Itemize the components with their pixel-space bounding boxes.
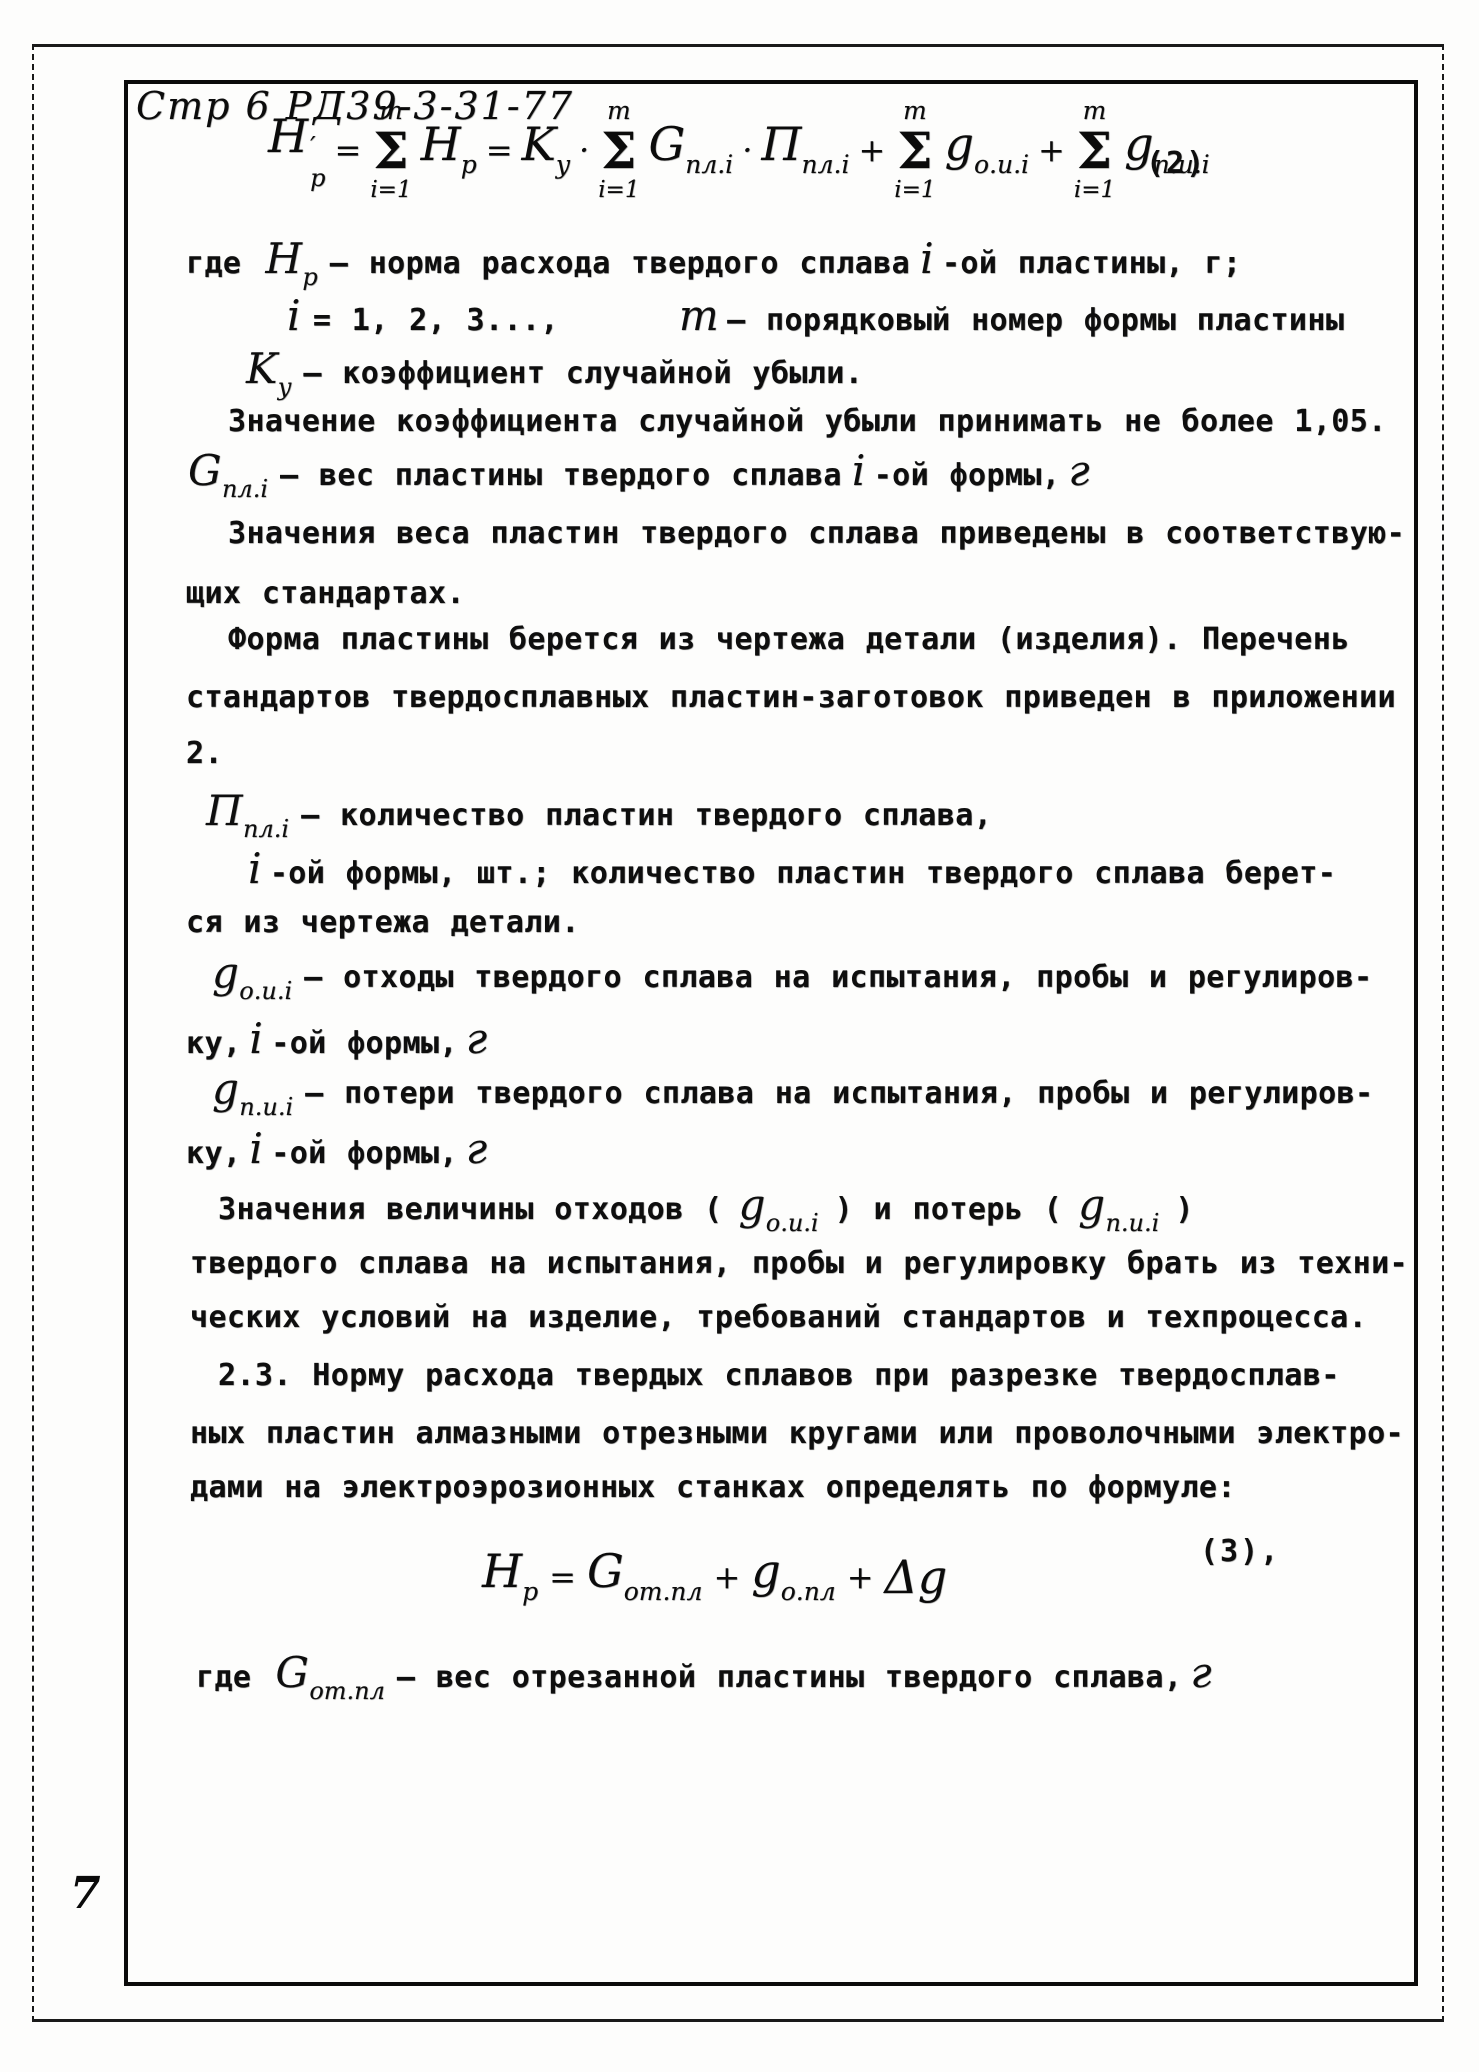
sym-delta-g: Δg	[885, 1554, 948, 1600]
paragraph-weights-2: щих стандартах.	[186, 576, 465, 612]
def-line-npl-cont: i -ой формы, шт.; количество пластин тве…	[248, 848, 1336, 892]
equation-2: H′p = mΣi=1 Hp = Ky · mΣi=1 Gпл.i · Ппл.…	[268, 98, 1210, 202]
def-line-gpl: Gпл.i – вес пластины твердого сплава i -…	[188, 450, 1090, 504]
sym-g-waste: gо.и.i	[738, 1184, 818, 1238]
sum-operator: mΣi=1	[370, 98, 411, 202]
sym-i: i	[249, 1018, 263, 1060]
def-line-gpi: gп.и.i – потери твердого сплава на испыт…	[212, 1068, 1373, 1122]
def-line-got: где Gот.пл – вес отрезанной пластины тве…	[196, 1652, 1212, 1706]
sym-g-waste-plate: gо.пл	[751, 1548, 835, 1606]
sym-gram: г	[1190, 1652, 1212, 1694]
def-line-hp: где Hp – норма расхода твердого сплава i…	[186, 238, 1241, 292]
paragraph-values-3: ческих условий на изделие, требований ст…	[190, 1300, 1367, 1336]
paragraph-23-3: дами на электроэрозионных станках опреде…	[190, 1470, 1236, 1506]
paragraph-form-1: Форма пластины берется из чертежа детали…	[228, 622, 1350, 658]
paragraph-values-2: твердого сплава на испытания, пробы и ре…	[190, 1246, 1408, 1282]
sym-i: i	[287, 295, 301, 337]
sym-hp: Hp	[482, 1548, 538, 1606]
paragraph-23-1: 2.3. Норму расхода твердых сплавов при р…	[218, 1358, 1340, 1394]
sym-n-plate: Ппл.i	[761, 121, 849, 179]
def-line-npl-cont2: ся из чертежа детали.	[186, 905, 580, 941]
sym-ky: Ky	[522, 121, 571, 179]
sym-gram: г	[466, 1128, 488, 1170]
sym-g-loss: gп.и.i	[1078, 1184, 1159, 1238]
paragraph-weights-1: Значения веса пластин твердого сплава пр…	[228, 516, 1405, 552]
paragraph-23-2: ных пластин алмазными отрезными кругами …	[190, 1416, 1404, 1452]
paragraph-ky-value: Значение коэффициента случайной убыли пр…	[228, 404, 1387, 440]
sym-gram: г	[466, 1018, 488, 1060]
sym-n-plate: Ппл.i	[206, 790, 289, 844]
sym-g-plate: Gпл.i	[188, 450, 268, 504]
sum-operator: mΣi=1	[894, 98, 935, 202]
where-label: где	[196, 1660, 251, 1696]
sym-i: i	[852, 450, 866, 492]
scanned-page: Стр 6 РД39-3-31-77 H′p = mΣi=1 Hp = Ky ·…	[0, 0, 1479, 2072]
sym-gram: г	[1068, 450, 1090, 492]
def-line-goi-cont: ку, i -ой формы, г	[186, 1018, 488, 1062]
sym-g-cut-plate: Gот.пл	[275, 1652, 385, 1706]
sum-operator: mΣi=1	[1074, 98, 1115, 202]
def-line-goi: gо.и.i – отходы твердого сплава на испыт…	[212, 952, 1372, 1006]
paragraph-form-2: стандартов твердосплавных пластин-загото…	[186, 680, 1396, 716]
sum-operator: mΣi=1	[598, 98, 639, 202]
sym-g-waste: gо.и.i	[212, 952, 292, 1006]
sym-h-prime-p: H′p	[268, 113, 326, 188]
sym-g-cut-plate: Gот.пл	[587, 1548, 702, 1606]
sym-ky: Ky	[246, 348, 291, 402]
equation-2-number: (2)	[1146, 146, 1206, 181]
def-line-ky: Ky – коэффициент случайной убыли.	[246, 348, 863, 402]
paragraph-values-1: Значения величины отходов ( gо.и.i ) и п…	[218, 1184, 1194, 1238]
def-line-npl: Ппл.i – количество пластин твердого спла…	[206, 790, 992, 844]
sym-g-plate: Gпл.i	[648, 121, 733, 179]
equation-3: Hp = Gот.пл + gо.пл + Δg	[482, 1548, 947, 1606]
sym-hp: Hp	[421, 121, 477, 179]
sym-g-loss: gп.и.i	[212, 1068, 293, 1122]
page-number: 7	[70, 1868, 101, 1919]
sym-i: i	[249, 1128, 263, 1170]
sym-i: i	[248, 848, 262, 890]
def-line-gpi-cont: ку, i -ой формы, г	[186, 1128, 488, 1172]
where-label: где	[186, 246, 241, 282]
equation-3-number: (3),	[1200, 1534, 1280, 1569]
sym-i: i	[920, 238, 934, 280]
def-line-i: i = 1, 2, 3..., m – порядковый номер фор…	[287, 295, 1344, 339]
sym-hp: Hp	[265, 238, 317, 292]
paragraph-form-3: 2.	[186, 736, 223, 772]
sym-g-waste: gо.и.i	[945, 121, 1030, 179]
sym-m: m	[679, 295, 719, 337]
